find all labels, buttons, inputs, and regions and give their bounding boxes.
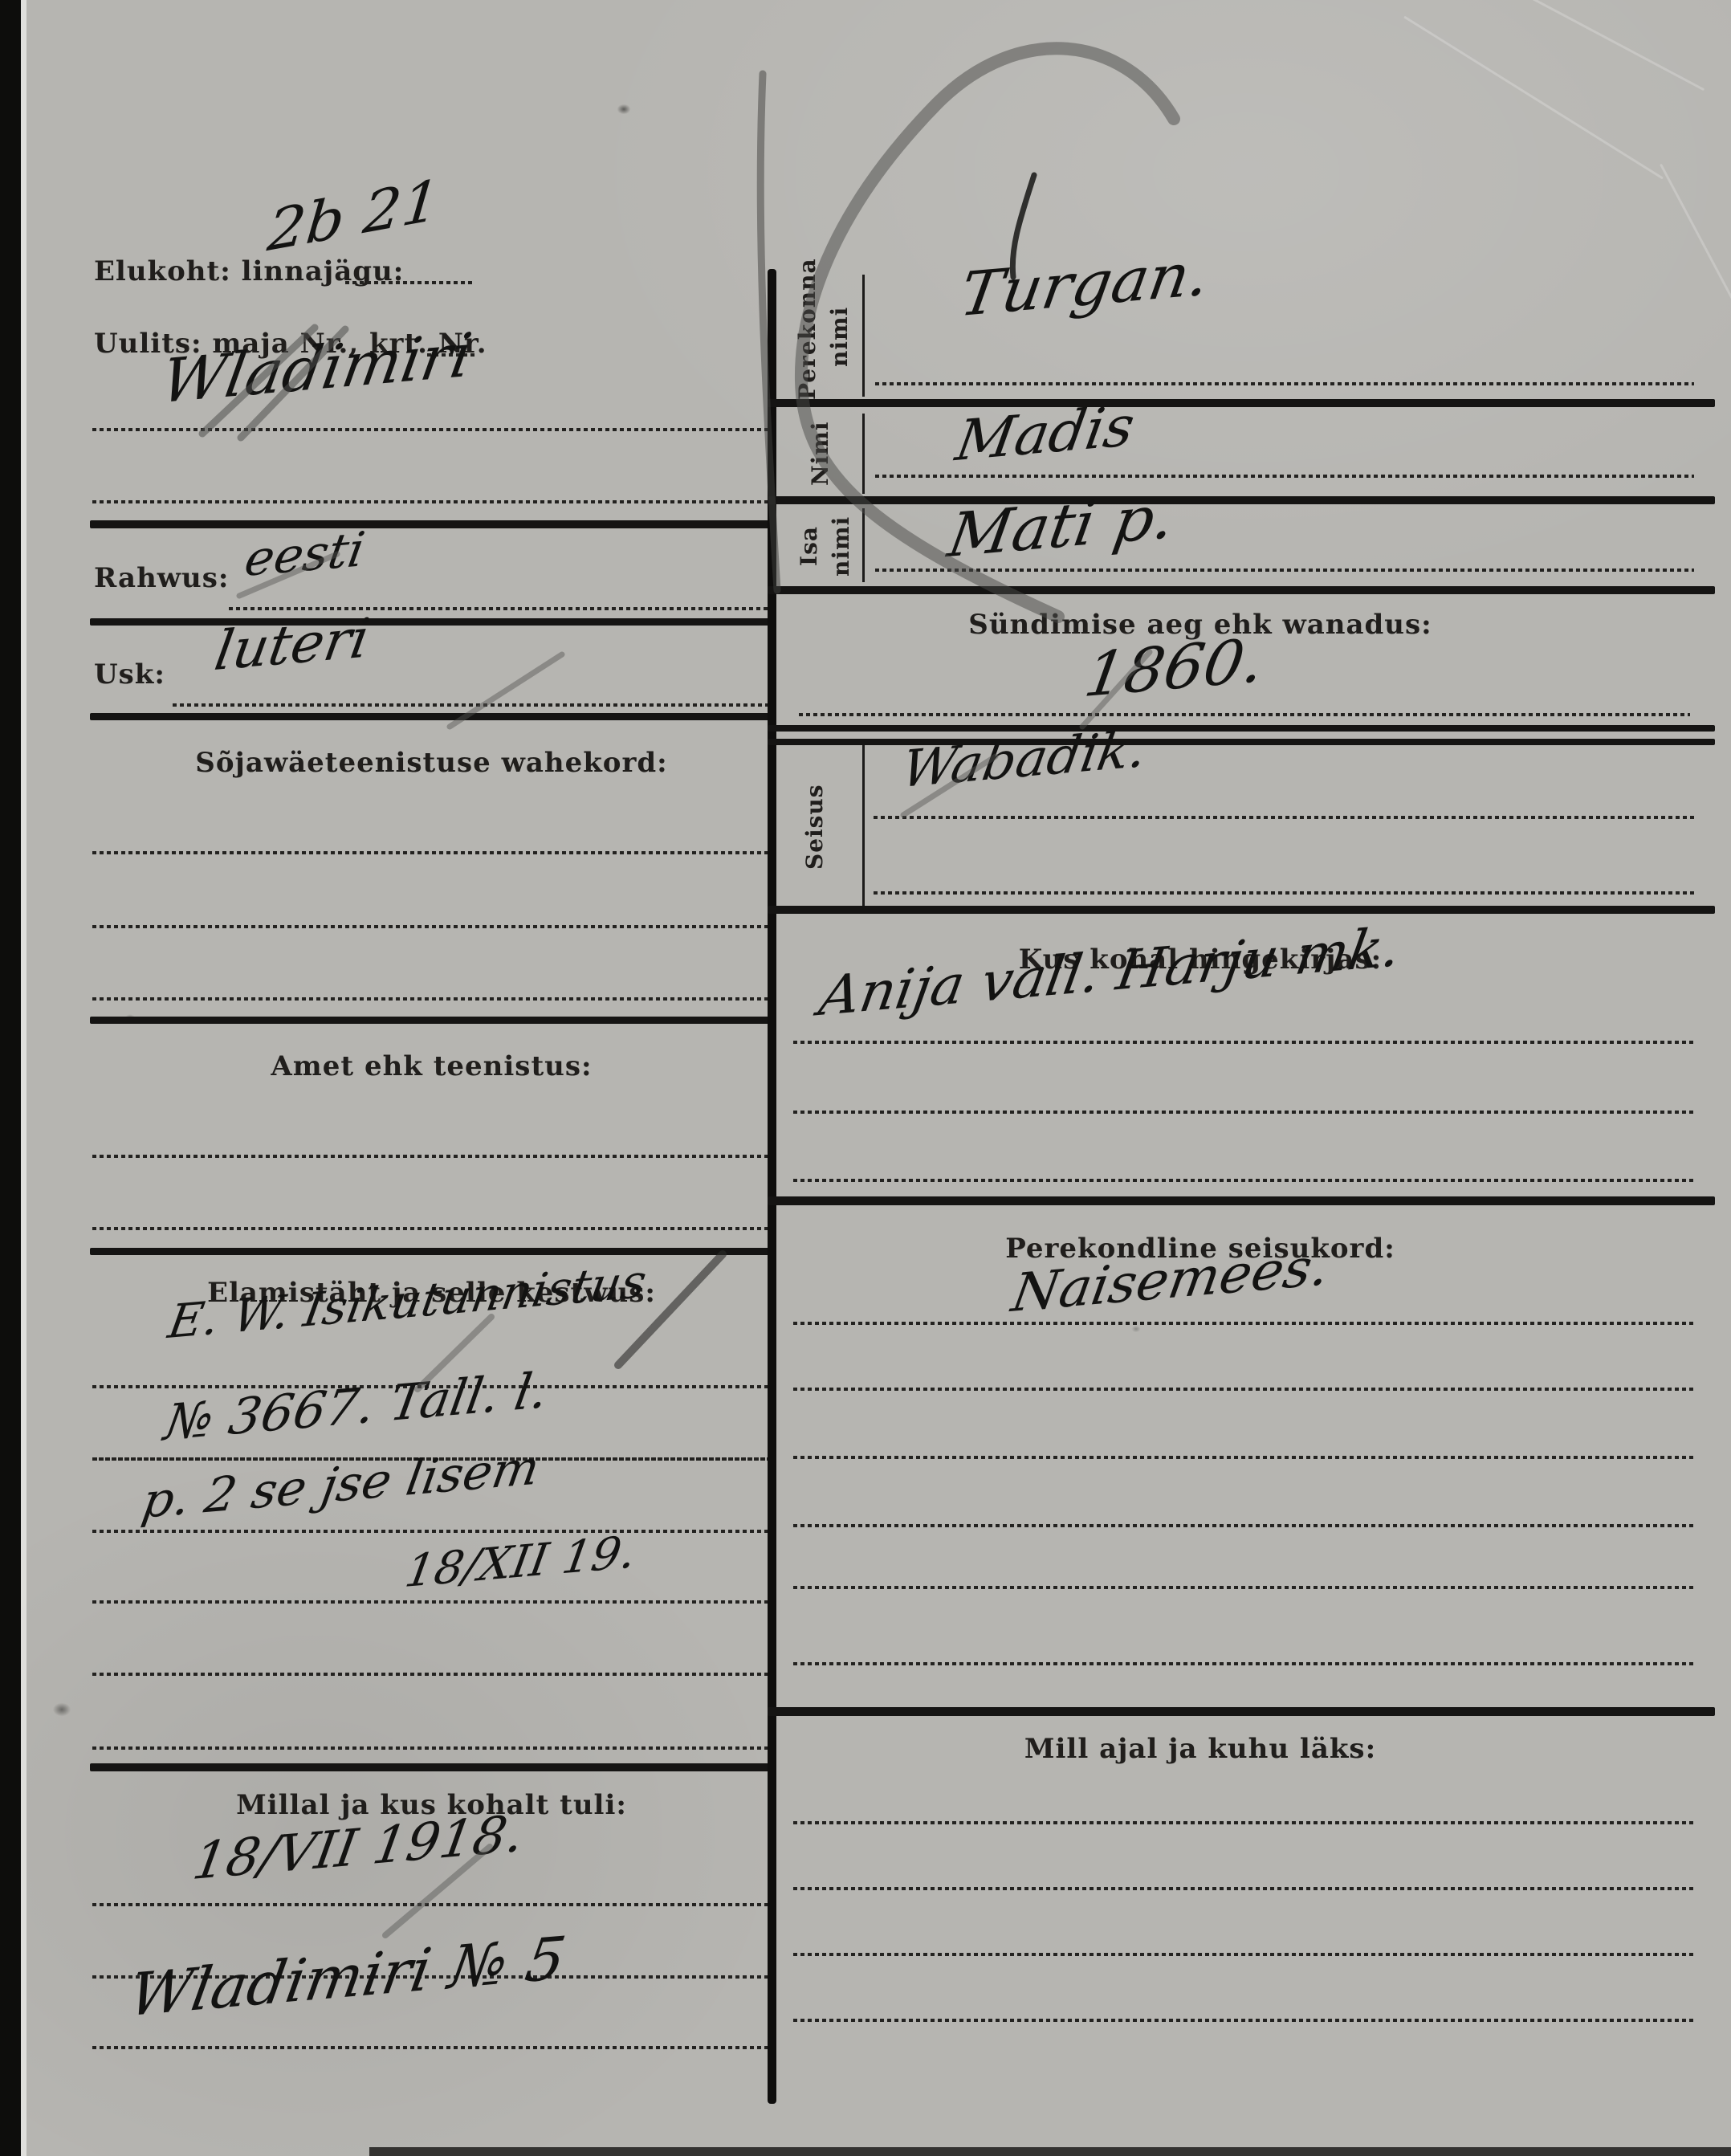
first-name-label-vertical: Nimi [804, 411, 853, 495]
ruled-dotted-line [92, 997, 769, 1001]
residence-dotted-line [345, 281, 474, 284]
ruled-dotted-line [793, 1524, 1694, 1527]
section-divider-bar [90, 520, 771, 528]
ruled-dotted-line [799, 713, 1690, 716]
permit-handwriting-line4: 18/XII 19. [401, 1526, 640, 1598]
center-column-divider [768, 269, 776, 2104]
social-status-handwriting: Wabadik. [898, 719, 1151, 800]
ruled-dotted-line [92, 1530, 769, 1533]
ruled-dotted-line [793, 1887, 1694, 1890]
surname-label-vertical: Perekonna nimi [792, 273, 861, 400]
row-divider-bar [768, 586, 1715, 594]
birth-year-handwriting: 1860. [1080, 624, 1269, 711]
registration-card-scan: Elukoht: linnajägu: 2b 21 Uulits: maja N… [0, 0, 1731, 2156]
occupation-label: Amet ehk teenistus: [92, 1050, 771, 1082]
nationality-label: Rahwus: [94, 562, 229, 594]
ruled-dotted-line [793, 1388, 1694, 1391]
row-divider-bar [768, 399, 1715, 407]
ruled-dotted-line [92, 428, 769, 431]
row-divider-bar [768, 725, 1715, 732]
row-divider-bar [768, 496, 1715, 504]
parish-register-handwriting: Anija vall. Harju mk. [815, 915, 1405, 1029]
ruled-dotted-line [92, 500, 769, 503]
label-cell-rule [862, 414, 865, 494]
ruled-dotted-line [875, 382, 1694, 385]
permit-handwriting-line1: E. W. Isikutunnistus [165, 1253, 650, 1349]
paper-scratch [1403, 16, 1664, 180]
ruled-dotted-line [793, 1179, 1694, 1182]
ruled-dotted-line [793, 1111, 1694, 1114]
ruled-dotted-line [92, 925, 769, 928]
ruled-dotted-line [793, 1041, 1694, 1044]
ruled-dotted-line [92, 1600, 769, 1604]
label-cell-rule [862, 508, 865, 582]
section-divider-bar [90, 1763, 771, 1771]
ruled-dotted-line [793, 1662, 1694, 1665]
section-divider-bar [90, 1248, 771, 1255]
section-divider-bar [90, 713, 771, 720]
house-number-handwriting: 2b 21 [265, 166, 443, 264]
permit-handwriting-line2: № 3667. Tall. l. [161, 1361, 552, 1452]
ruled-dotted-line [92, 1673, 769, 1676]
military-service-label: Sõjawäeteenistuse wahekord: [92, 747, 771, 779]
ruled-dotted-line [793, 1953, 1694, 1956]
ruled-dotted-line [92, 1227, 769, 1230]
ruled-dotted-line [874, 891, 1694, 895]
social-status-label-vertical: Seisus [799, 751, 842, 903]
section-divider-bar [90, 1017, 771, 1024]
arrival-place-handwriting: Wladimiri № 5 [124, 1924, 570, 2030]
father-name-handwriting: Mati p. [943, 480, 1179, 571]
label-cell-rule [862, 745, 865, 906]
ruled-dotted-line [793, 1821, 1694, 1824]
departure-label: Mill ajal ja kuhu läks: [791, 1733, 1610, 1765]
religion-handwriting: luteri [210, 607, 373, 683]
surname-handwriting: Turgan. [955, 238, 1215, 330]
ruled-dotted-line [229, 607, 769, 610]
row-divider-bar [768, 1707, 1715, 1716]
ruled-dotted-line [92, 1746, 769, 1750]
ruled-dotted-line [173, 703, 769, 707]
ruled-dotted-line [793, 1456, 1694, 1459]
scan-edge-left-highlight [21, 0, 26, 2156]
permit-handwriting-line3: p. 2 se jse lisem [138, 1440, 544, 1530]
nationality-handwriting: eesti [241, 522, 369, 588]
ruled-dotted-line [92, 2046, 769, 2049]
label-cell-rule [862, 275, 865, 397]
scan-edge-left [0, 0, 21, 2156]
paper-scratch [1660, 164, 1731, 321]
ruled-dotted-line [92, 1903, 769, 1906]
paper-scratch [1491, 0, 1705, 91]
ruled-dotted-line [793, 1586, 1694, 1589]
ruled-dotted-line [874, 816, 1694, 819]
row-divider-bar [768, 1196, 1715, 1205]
ruled-dotted-line [92, 851, 769, 854]
scan-edge-bottom [369, 2147, 1731, 2156]
ruled-dotted-line [875, 569, 1694, 572]
ruled-dotted-line [92, 1155, 769, 1158]
ruled-dotted-line [875, 475, 1694, 478]
section-divider-bar [90, 618, 771, 626]
ruled-dotted-line [793, 1322, 1694, 1325]
row-divider-bar [768, 906, 1715, 914]
father-name-label-vertical: Isa nimi [793, 506, 861, 586]
religion-label: Usk: [94, 658, 165, 691]
ruled-dotted-line [793, 2019, 1694, 2022]
